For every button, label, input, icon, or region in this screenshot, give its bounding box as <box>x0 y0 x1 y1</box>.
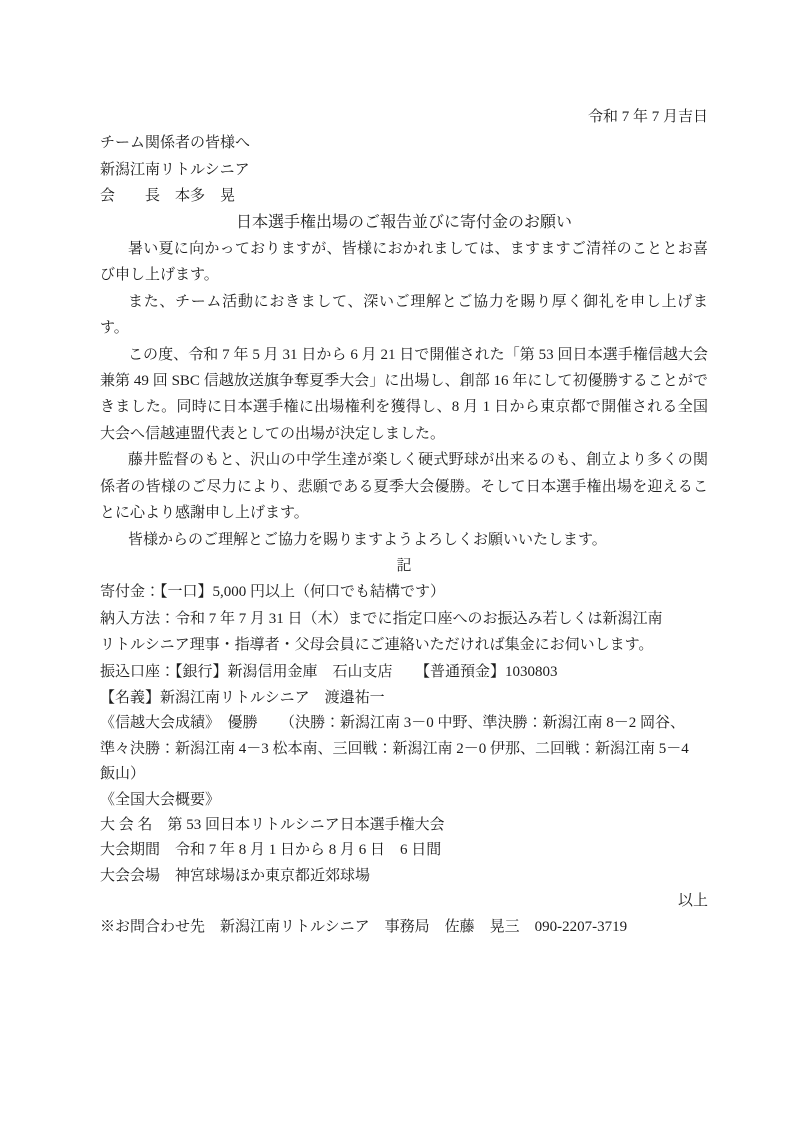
letter-page: 令和 7 年 7 月吉日 チーム関係者の皆様へ 新潟江南リトルシニア 会 長 本… <box>0 0 800 1131</box>
donation-amount-line: 寄付金：【一口】5,000 円以上（何口でも結構です） <box>100 579 708 605</box>
shinetsu-results-line-2: 準々決勝：新潟江南 4－3 松本南、三回戦：新潟江南 2－0 伊那、二回戦：新潟… <box>100 737 708 762</box>
shinetsu-results-line-3: 飯山） <box>100 762 708 787</box>
greeting-paragraph: 暑い夏に向かっておりますが、皆様におかれましては、ますますご清祥のこととお喜び申… <box>100 236 708 289</box>
national-tournament-period: 大会期間 令和 7 年 8 月 1 日から 8 月 6 日 6 日間 <box>100 838 708 863</box>
account-name-line: 【名義】新潟江南リトルシニア 渡邉祐一 <box>100 685 708 711</box>
national-overview-heading: 《全国大会概要》 <box>100 788 708 813</box>
bank-account-line: 振込口座：【銀行】新潟信用金庫 石山支店 【普通預金】1030803 <box>100 659 708 685</box>
donation-method-line-1: 納入方法：令和 7 年 7 月 31 日（木）までに指定口座へのお振込み若しくは… <box>100 606 708 632</box>
contact-line: ※お問合わせ先 新潟江南リトルシニア 事務局 佐藤 晃三 090-2207-37… <box>100 915 708 940</box>
record-marker: 記 <box>100 553 708 579</box>
request-paragraph: 皆様からのご理解とご協力を賜りますようよろしくお願いいたします。 <box>100 527 708 553</box>
national-tournament-venue: 大会会場 神宮球場ほか東京都近郊球場 <box>100 864 708 889</box>
recipient-line: チーム関係者の皆様へ <box>100 130 708 156</box>
sender-name-line: 会 長 本多 晃 <box>100 183 708 209</box>
national-tournament-name: 大 会 名 第 53 回日本リトルシニア日本選手権大会 <box>100 813 708 838</box>
closing-marker: 以上 <box>100 889 708 914</box>
gratitude-paragraph: 藤井監督のもと、沢山の中学生達が楽しく硬式野球が出来るのも、創立より多くの関係者… <box>100 447 708 526</box>
letter-title: 日本選手権出場のご報告並びに寄付金のお願い <box>100 210 708 236</box>
thanks-paragraph: また、チーム活動におきまして、深いご理解とご協力を賜り厚く御礼を申し上げます。 <box>100 289 708 342</box>
donation-method-line-2: リトルシニア理事・指導者・父母会員にご連絡いただければ集金にお伺いします。 <box>100 632 708 658</box>
report-paragraph: この度、令和 7 年 5 月 31 日から 6 月 21 日で開催された「第 5… <box>100 342 708 448</box>
sender-org-line: 新潟江南リトルシニア <box>100 157 708 183</box>
shinetsu-results-line-1: 《信越大会成績》 優勝 （決勝：新潟江南 3－0 中野、準決勝：新潟江南 8－2… <box>100 711 708 736</box>
letter-date: 令和 7 年 7 月吉日 <box>100 104 708 130</box>
